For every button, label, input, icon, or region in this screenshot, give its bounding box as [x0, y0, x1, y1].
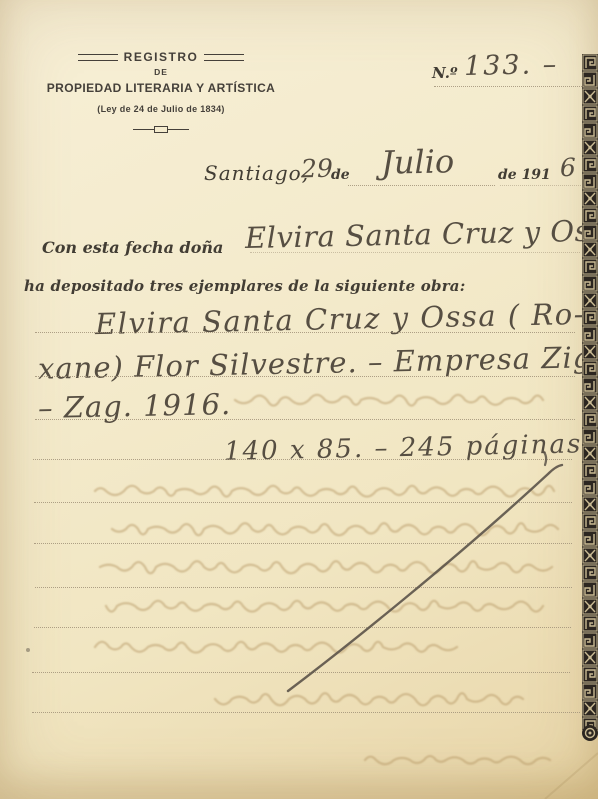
stamp-title-row: REGISTRO: [40, 50, 282, 64]
de-printed: de: [331, 167, 350, 183]
day-handwritten: 29: [301, 154, 333, 184]
ruled-line: [33, 459, 572, 460]
left-double-rule: [78, 54, 118, 61]
ruled-line: [35, 376, 575, 377]
ink-speck: [26, 648, 30, 652]
city-printed: Santiago,: [204, 161, 309, 185]
stamp-ornament: [133, 126, 189, 133]
stamp-de: DE: [40, 67, 282, 77]
document-number-value: 133. –: [464, 49, 559, 82]
ruled-line: [34, 543, 572, 544]
cancellation-pen-stroke: [288, 465, 562, 691]
format-line: 140 x 85. – 245 páginas.: [224, 429, 593, 467]
de-year-printed: de 191: [498, 167, 551, 183]
ruled-line: [32, 672, 570, 673]
ruled-line: [434, 86, 582, 87]
paper-crease: [545, 753, 598, 799]
ornamental-border: [582, 54, 598, 742]
ruled-line: [35, 332, 575, 333]
ruled-line: [500, 185, 583, 186]
month-handwritten: Julio: [381, 142, 455, 182]
stamp-title: REGISTRO: [124, 50, 199, 64]
ruled-line: [35, 587, 572, 588]
intro-printed: Con esta fecha doña: [42, 238, 223, 257]
ruled-line: [348, 185, 495, 186]
ruled-line: [35, 419, 575, 420]
ruled-line: [250, 252, 580, 253]
work-line-1: Elvira Santa Cruz y Ossa ( Ro-: [95, 297, 586, 341]
stamp-subtitle: PROPIEDAD LITERARIA Y ARTÍSTICA: [40, 81, 282, 95]
ruled-line: [34, 502, 572, 503]
document-number-label: N.º: [432, 64, 457, 82]
stamp-law-caption: (Ley de 24 de Julio de 1834): [40, 104, 282, 114]
ornament-rect: [154, 126, 168, 133]
greek-key-pattern: [582, 54, 598, 730]
registry-stamp: REGISTRO DE PROPIEDAD LITERARIA Y ARTÍST…: [40, 50, 282, 114]
work-line-2: xane) Flor Silvestre. – Empresa Zig: [38, 340, 593, 386]
depositor-handwritten: Elvira Santa Cruz y Ossa.: [245, 213, 598, 255]
statement-printed: ha depositado tres ejemplares de la sigu…: [24, 277, 465, 295]
registry-document-page: REGISTRO DE PROPIEDAD LITERARIA Y ARTÍST…: [0, 0, 598, 799]
year-digit-handwritten: 6: [560, 153, 577, 182]
ruled-line: [34, 627, 571, 628]
ruled-line: [32, 712, 580, 713]
right-double-rule: [204, 54, 244, 61]
